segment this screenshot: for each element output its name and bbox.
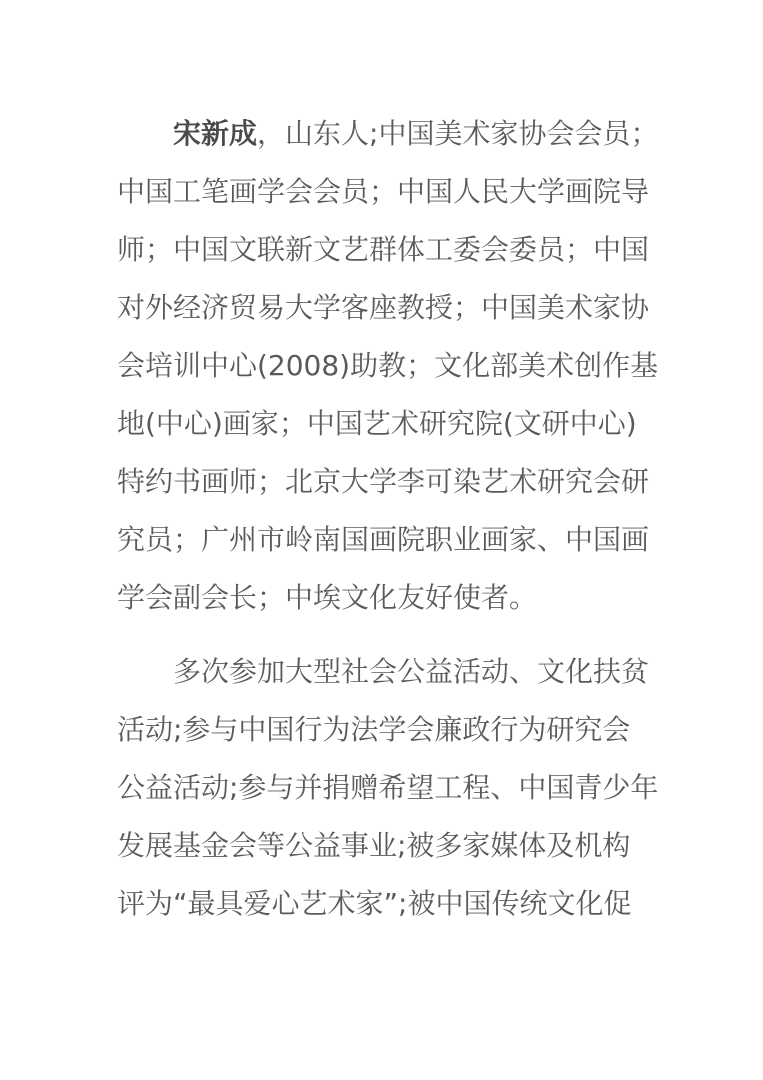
document-body: 宋新成，山东人;中国美术家协会会员； 中国工笔画学会会员；中国人民大学画院导 师… [117,105,651,933]
paragraph-spacer [117,627,651,643]
text-line: 活动;参与中国行为法学会廉政行为研究会 [117,701,651,759]
text-line: 评为“最具爱心艺术家”;被中国传统文化促 [117,875,651,933]
paragraph-charity: 多次参加大型社会公益活动、文化扶贫 活动;参与中国行为法学会廉政行为研究会 公益… [117,643,651,933]
text-line: 宋新成，山东人;中国美术家协会会员； [117,105,651,163]
text-line: 师；中国文联新文艺群体工委会委员；中国 [117,221,651,279]
text-line: 究员；广州市岭南国画院职业画家、中国画 [117,511,651,569]
text-line: 对外经济贸易大学客座教授；中国美术家协 [117,279,651,337]
text-line: 多次参加大型社会公益活动、文化扶贫 [117,643,651,701]
paragraph-biography: 宋新成，山东人;中国美术家协会会员； 中国工笔画学会会员；中国人民大学画院导 师… [117,105,651,627]
text-line: 中国工笔画学会会员；中国人民大学画院导 [117,163,651,221]
text-line: 发展基金会等公益事业;被多家媒体及机构 [117,817,651,875]
text-line: 特约书画师；北京大学李可染艺术研究会研 [117,453,651,511]
document-page: 宋新成，山东人;中国美术家协会会员； 中国工笔画学会会员；中国人民大学画院导 师… [0,0,763,1080]
text-line: 公益活动;参与并捐赠希望工程、中国青少年 [117,759,651,817]
text-line: 地(中心)画家；中国艺术研究院(文研中心) [117,395,651,453]
text-line: 会培训中心(2008)助教；文化部美术创作基 [117,337,651,395]
text-line: 学会副会长；中埃文化友好使者。 [117,569,651,627]
artist-name: 宋新成 [173,117,257,150]
